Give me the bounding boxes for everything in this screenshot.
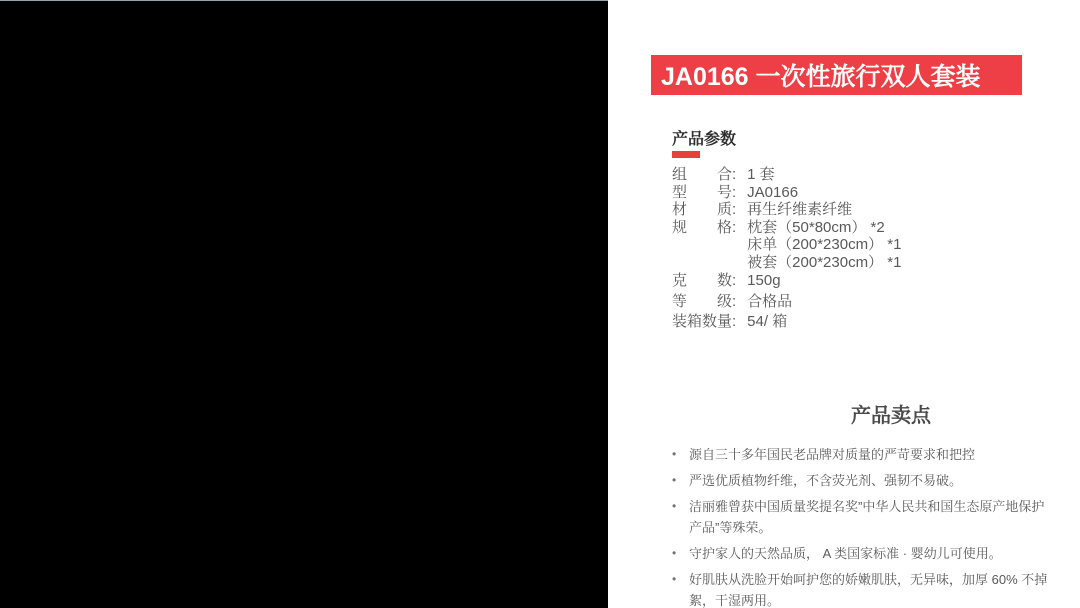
param-value-line: 被套（200*230cm） *1 bbox=[747, 254, 901, 272]
selling-point-line: 产品”等殊荣。 bbox=[689, 517, 1053, 538]
param-value: 1 套 bbox=[747, 166, 775, 184]
selling-point-text: 源自三十多年国民老品牌对质量的严苛要求和把控 bbox=[689, 444, 1053, 465]
param-colon: : bbox=[732, 219, 736, 272]
param-row: 克数: 150g bbox=[672, 272, 901, 290]
param-row: 装箱数量: 54/ 箱 bbox=[672, 313, 901, 331]
bullet-icon: • bbox=[672, 543, 689, 564]
selling-point-line: 絮，干湿两用。 bbox=[689, 590, 1053, 608]
selling-point-item: • 源自三十多年国民老品牌对质量的严苛要求和把控 bbox=[672, 444, 1053, 465]
section-heading-params: 产品参数 bbox=[672, 126, 736, 149]
param-value: 再生纤维素纤维 bbox=[747, 201, 852, 219]
param-value: 54/ 箱 bbox=[747, 313, 787, 331]
selling-point-item: • 好肌肤从洗脸开始呵护您的娇嫩肌肤，无异味，加厚 60% 不掉 絮，干湿两用。 bbox=[672, 569, 1053, 608]
selling-point-text: 好肌肤从洗脸开始呵护您的娇嫩肌肤，无异味，加厚 60% 不掉 絮，干湿两用。 bbox=[689, 569, 1053, 608]
bullet-icon: • bbox=[672, 444, 689, 465]
selling-point-text: 严选优质植物纤维，不含荧光剂、强韧不易破。 bbox=[689, 470, 1053, 491]
selling-point-text: 洁丽雅曾获中国质量奖提名奖”中华人民共和国生态原产地保护 产品”等殊荣。 bbox=[689, 496, 1053, 538]
selling-point-line: 源自三十多年国民老品牌对质量的严苛要求和把控 bbox=[689, 444, 1053, 465]
selling-point-line: 守护家人的天然品质， A 类国家标准 · 婴幼儿可使用。 bbox=[689, 543, 1053, 564]
selling-point-line: 洁丽雅曾获中国质量奖提名奖”中华人民共和国生态原产地保护 bbox=[689, 496, 1053, 517]
section-heading-selling-points: 产品卖点 bbox=[851, 399, 931, 428]
selling-point-item: • 严选优质植物纤维，不含荧光剂、强韧不易破。 bbox=[672, 470, 1053, 491]
product-title-banner: JA0166 一次性旅行双人套装 bbox=[651, 55, 1022, 95]
bullet-icon: • bbox=[672, 569, 689, 608]
selling-point-item: • 守护家人的天然品质， A 类国家标准 · 婴幼儿可使用。 bbox=[672, 543, 1053, 564]
bullet-icon: • bbox=[672, 496, 689, 538]
param-label: 型号 bbox=[672, 184, 732, 202]
selling-points-list: • 源自三十多年国民老品牌对质量的严苛要求和把控 • 严选优质植物纤维，不含荧光… bbox=[672, 444, 1053, 608]
product-image-placeholder bbox=[0, 0, 608, 608]
param-row: 等级: 合格品 bbox=[672, 293, 901, 311]
param-label: 组合 bbox=[672, 166, 732, 184]
param-value: 枕套（50*80cm） *2 床单（200*230cm） *1 被套（200*2… bbox=[747, 219, 901, 272]
param-label: 材质 bbox=[672, 201, 732, 219]
param-value: 合格品 bbox=[747, 293, 792, 311]
param-colon: : bbox=[732, 272, 736, 290]
param-colon: : bbox=[732, 201, 736, 219]
param-row: 材质: 再生纤维素纤维 bbox=[672, 201, 901, 219]
page: JA0166 一次性旅行双人套装 产品参数 组合: 1 套 型号: JA0166… bbox=[0, 0, 1080, 608]
selling-point-text: 守护家人的天然品质， A 类国家标准 · 婴幼儿可使用。 bbox=[689, 543, 1053, 564]
selling-point-line: 严选优质植物纤维，不含荧光剂、强韧不易破。 bbox=[689, 470, 1053, 491]
selling-point-line: 好肌肤从洗脸开始呵护您的娇嫩肌肤，无异味，加厚 60% 不掉 bbox=[689, 569, 1053, 590]
param-label: 克数 bbox=[672, 272, 732, 290]
param-value-line: 床单（200*230cm） *1 bbox=[747, 236, 901, 254]
params-list: 组合: 1 套 型号: JA0166 材质: 再生纤维素纤维 规格: 枕套（50… bbox=[672, 166, 901, 330]
param-label: 规格 bbox=[672, 219, 732, 272]
param-value: 150g bbox=[747, 272, 780, 290]
param-label: 等级 bbox=[672, 293, 732, 311]
param-row: 规格: 枕套（50*80cm） *2 床单（200*230cm） *1 被套（2… bbox=[672, 219, 901, 272]
param-colon: : bbox=[732, 293, 736, 311]
red-accent-dash bbox=[672, 151, 700, 158]
param-label: 装箱数量 bbox=[672, 313, 732, 331]
param-value: JA0166 bbox=[747, 184, 798, 202]
param-value-line: 枕套（50*80cm） *2 bbox=[747, 219, 901, 237]
selling-point-item: • 洁丽雅曾获中国质量奖提名奖”中华人民共和国生态原产地保护 产品”等殊荣。 bbox=[672, 496, 1053, 538]
param-row: 组合: 1 套 bbox=[672, 166, 901, 184]
bullet-icon: • bbox=[672, 470, 689, 491]
param-colon: : bbox=[732, 184, 736, 202]
param-row: 型号: JA0166 bbox=[672, 184, 901, 202]
param-colon: : bbox=[732, 313, 736, 331]
param-colon: : bbox=[732, 166, 736, 184]
